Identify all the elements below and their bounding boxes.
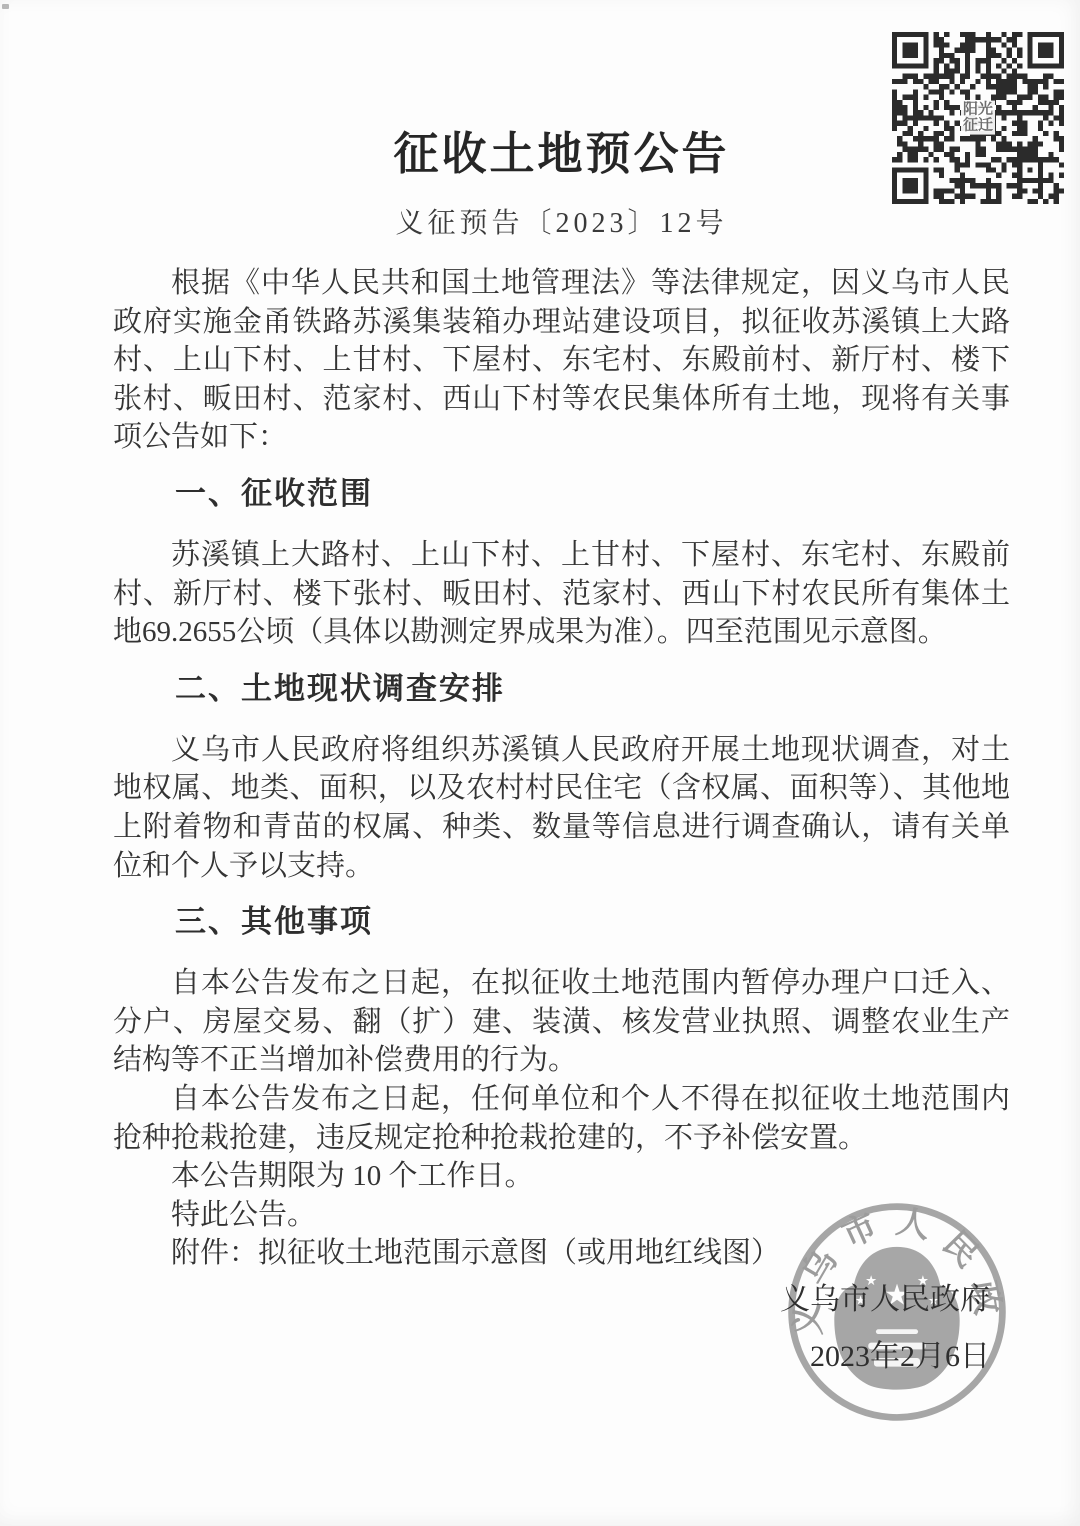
issuer-name: 义乌市人民政府 bbox=[0, 1278, 990, 1322]
page-title: 征收土地预公告 bbox=[113, 126, 1010, 182]
section-2-paragraph: 义乌市人民政府将组织苏溪镇人民政府开展土地现状调查，对土地权属、地类、面积，以及… bbox=[113, 731, 1010, 885]
section-3-paragraph-1: 自本公告发布之日起，在拟征收土地范围内暂停办理户口迁入、分户、房屋交易、翻（扩）… bbox=[113, 964, 1010, 1080]
qr-code: 阳光 征迁 bbox=[892, 30, 1064, 206]
qr-center-label: 阳光 征迁 bbox=[961, 101, 995, 135]
intro-paragraph: 根据《中华人民共和国土地管理法》等法律规定，因义乌市人民政府实施金甬铁路苏溪集装… bbox=[113, 264, 1010, 457]
qr-label-line2: 征迁 bbox=[963, 117, 993, 133]
document-body: 根据《中华人民共和国土地管理法》等法律规定，因义乌市人民政府实施金甬铁路苏溪集装… bbox=[113, 264, 1010, 1273]
section-3-paragraph-3: 本公告期限为 10 个工作日。 bbox=[113, 1157, 1010, 1196]
section-2-heading: 二、土地现状调查安排 bbox=[113, 669, 1010, 709]
scan-artifact bbox=[2, 4, 9, 9]
announcement-page: 阳光 征迁 征收土地预公告 义征预告〔2023〕12号 根据《中华人民共和国土地… bbox=[0, 0, 1080, 1526]
section-3-heading: 三、其他事项 bbox=[113, 902, 1010, 942]
document-number: 义征预告〔2023〕12号 bbox=[113, 206, 1010, 242]
signature-block: 义乌市人民政府 2023年2月6日 bbox=[0, 1278, 990, 1379]
section-1-paragraph: 苏溪镇上大路村、上山下村、上甘村、下屋村、东宅村、东殿前村、新厅村、楼下张村、畈… bbox=[113, 536, 1010, 652]
issue-date: 2023年2月6日 bbox=[0, 1335, 990, 1379]
section-1-heading: 一、征收范围 bbox=[113, 474, 1010, 514]
section-3-paragraph-2: 自本公告发布之日起，任何单位和个人不得在拟征收土地范围内抢种抢栽抢建，违反规定抢… bbox=[113, 1080, 1010, 1157]
